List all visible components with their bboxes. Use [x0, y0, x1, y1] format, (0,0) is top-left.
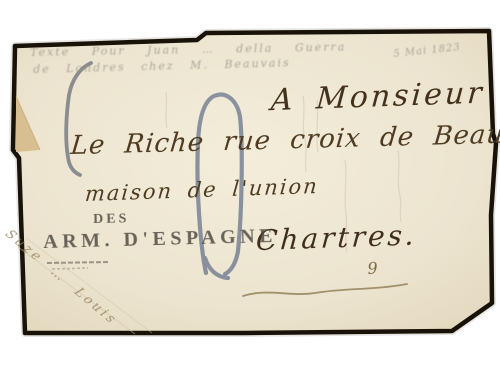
handstamp-line1: DES: [93, 212, 129, 227]
address-line-monsieur: A Monsieur: [270, 79, 486, 117]
address-line-city: Chartres.: [255, 221, 418, 255]
cover-photo: Texte Pour Juan … della Guerra de Londre…: [0, 0, 500, 375]
address-note-below: 9: [367, 260, 378, 277]
